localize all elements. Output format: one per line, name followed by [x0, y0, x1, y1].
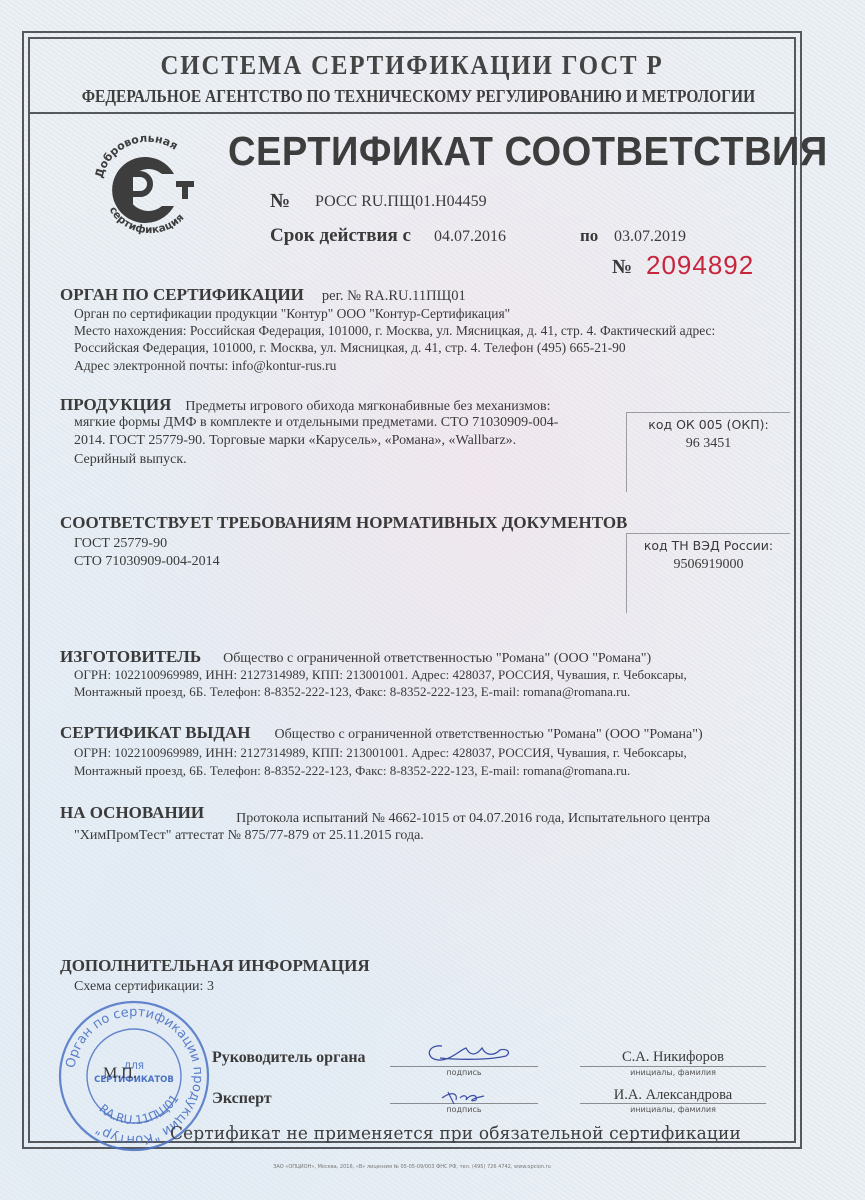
signatory-role: Руководитель органа — [212, 1049, 366, 1067]
okp-code-value: 96 3451 — [627, 436, 790, 452]
basis-title: НА ОСНОВАНИИ — [60, 803, 204, 822]
signature-icon — [420, 1040, 515, 1071]
tnved-code-box: код ТН ВЭД России: 9506919000 — [626, 533, 790, 613]
name-caption: инициалы, фамилия — [580, 1105, 766, 1114]
agency-name: ФЕДЕРАЛЬНОЕ АГЕНТСТВО ПО ТЕХНИЧЕСКОМУ РЕ… — [82, 86, 742, 107]
okp-code-box: код ОК 005 (ОКП): 96 3451 — [626, 412, 790, 492]
product-line: Предметы игрового обихода мягконабивные … — [185, 399, 550, 414]
seal-mark: М.П. — [103, 1065, 137, 1083]
product-title: ПРОДУКЦИЯ — [60, 395, 171, 414]
printer-info: ЗАО «ОПЦИОН», Москва, 2016, «В» лицензия… — [28, 1164, 796, 1170]
manufacturer-name: Общество с ограниченной ответственностью… — [223, 651, 651, 666]
certificate-number-label: № — [270, 190, 290, 213]
certification-body-line: Орган по сертификации продукции "Контур"… — [74, 306, 510, 322]
tnved-code-label: код ТН ВЭД России: — [627, 538, 790, 553]
system-title: СИСТЕМА СЕРТИФИКАЦИИ ГОСТ Р — [59, 50, 766, 81]
issued-to-section: СЕРТИФИКАТ ВЫДАН Общество с ограниченной… — [60, 723, 703, 743]
certification-body-line: Место нахождения: Российская Федерация, … — [74, 323, 715, 339]
issued-to-line: ОГРН: 1022100969989, ИНН: 2127314989, КП… — [74, 745, 687, 761]
okp-code-label: код ОК 005 (ОКП): — [627, 417, 790, 432]
name-caption: инициалы, фамилия — [580, 1068, 766, 1077]
certification-body-line: Российская Федерация, 101000, г. Москва,… — [74, 340, 626, 356]
disclaimer: Сертификат не применяется при обязательн… — [170, 1123, 741, 1144]
basis-line: "ХимПромТест" аттестат № 875/77-879 от 2… — [74, 828, 424, 844]
product-line: мягкие формы ДМФ в комплекте и отдельным… — [74, 415, 558, 431]
issued-to-line: Монтажный проезд, 6Б. Телефон: 8-8352-22… — [74, 763, 630, 779]
signatory-name: С.А. Никифоров — [580, 1049, 766, 1066]
signature-caption: подпись — [390, 1105, 538, 1114]
valid-from: 04.07.2016 — [434, 228, 506, 246]
document-title: СЕРТИФИКАТ СООТВЕТСТВИЯ — [228, 128, 828, 175]
header-divider — [28, 112, 796, 114]
valid-to-label: по — [580, 226, 598, 246]
registration-number: рег. № RA.RU.11ПЩ01 — [322, 288, 466, 304]
signatory-name: И.А. Александрова — [580, 1087, 766, 1104]
manufacturer-title: ИЗГОТОВИТЕЛЬ — [60, 647, 201, 666]
issued-to-name: Общество с ограниченной ответственностью… — [275, 727, 703, 742]
manufacturer-line: ОГРН: 1022100969989, ИНН: 2127314989, КП… — [74, 667, 687, 683]
basis-line: Протокола испытаний № 4662-1015 от 04.07… — [236, 811, 710, 826]
manufacturer-line: Монтажный проезд, 6Б. Телефон: 8-8352-22… — [74, 684, 630, 700]
signature-caption: подпись — [390, 1068, 538, 1077]
certification-body-title: ОРГАН ПО СЕРТИФИКАЦИИ — [60, 285, 304, 304]
conformity-title: СООТВЕТСТВУЕТ ТРЕБОВАНИЯМ НОРМАТИВНЫХ ДО… — [60, 513, 627, 533]
serial-number: 2094892 — [646, 250, 754, 281]
product-section: ПРОДУКЦИЯ Предметы игрового обихода мягк… — [60, 395, 550, 415]
certification-scheme: Схема сертификации: 3 — [74, 979, 214, 995]
normative-document: СТО 71030909-004-2014 — [74, 554, 220, 570]
certification-body-section: ОРГАН ПО СЕРТИФИКАЦИИ рег. № RA.RU.11ПЩ0… — [60, 285, 466, 305]
issued-to-title: СЕРТИФИКАТ ВЫДАН — [60, 723, 251, 742]
validity-label: Срок действия с — [270, 225, 411, 247]
additional-info-title: ДОПОЛНИТЕЛЬНАЯ ИНФОРМАЦИЯ — [60, 956, 370, 976]
basis-section: НА ОСНОВАНИИ Протокола испытаний № 4662-… — [60, 803, 710, 823]
certification-body-line: Адрес электронной почты: info@kontur-rus… — [74, 358, 336, 374]
tnved-code-value: 9506919000 — [627, 557, 790, 573]
serial-number-label: № — [612, 256, 632, 279]
signatory-role: Эксперт — [212, 1090, 272, 1108]
product-line: Серийный выпуск. — [74, 452, 187, 468]
manufacturer-section: ИЗГОТОВИТЕЛЬ Общество с ограниченной отв… — [60, 647, 651, 667]
normative-document: ГОСТ 25779-90 — [74, 536, 167, 552]
name-line — [580, 1066, 766, 1067]
product-line: 2014. ГОСТ 25779-90. Торговые марки «Кар… — [74, 433, 516, 449]
certificate-number: РОСС RU.ПЩ01.Н04459 — [315, 193, 487, 211]
valid-to: 03.07.2019 — [614, 228, 686, 246]
rst-logo-icon: Добровольная сертификация — [92, 134, 204, 238]
